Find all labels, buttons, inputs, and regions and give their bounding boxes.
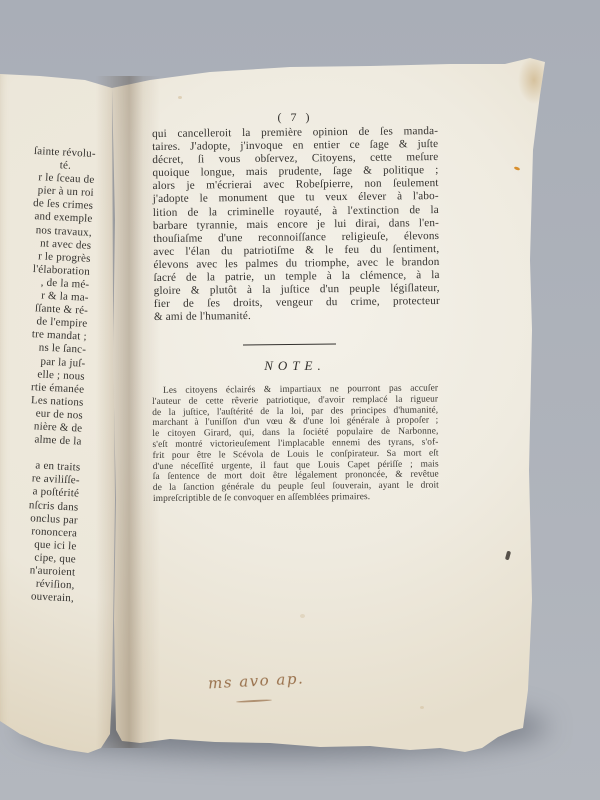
note-divider <box>243 344 336 346</box>
body-line: & ami de l'humanité. <box>154 308 440 324</box>
note-line: impreſcriptible de ſe convoquer en aſſem… <box>153 491 439 504</box>
note-heading: NOTE. <box>152 358 438 374</box>
page-number: ( 7 ) <box>152 110 438 125</box>
foxing-speck <box>178 96 182 99</box>
facing-page-text-fragments: ſainte révolu- té. r le ſceau de pier à … <box>0 143 96 605</box>
handwriting-annotation: ms avo ap. <box>208 669 305 692</box>
foxing-speck <box>420 706 424 709</box>
ink-speck <box>505 551 511 561</box>
corner-stain <box>518 56 550 104</box>
body-paragraph: qui cancelleroit la première opinion de … <box>152 125 440 324</box>
ink-speck <box>514 166 521 171</box>
note-paragraph: Les citoyens éclairés & impartiaux ne po… <box>152 384 439 505</box>
handwriting-underline-flourish <box>236 699 272 703</box>
foxing-speck <box>300 614 305 618</box>
